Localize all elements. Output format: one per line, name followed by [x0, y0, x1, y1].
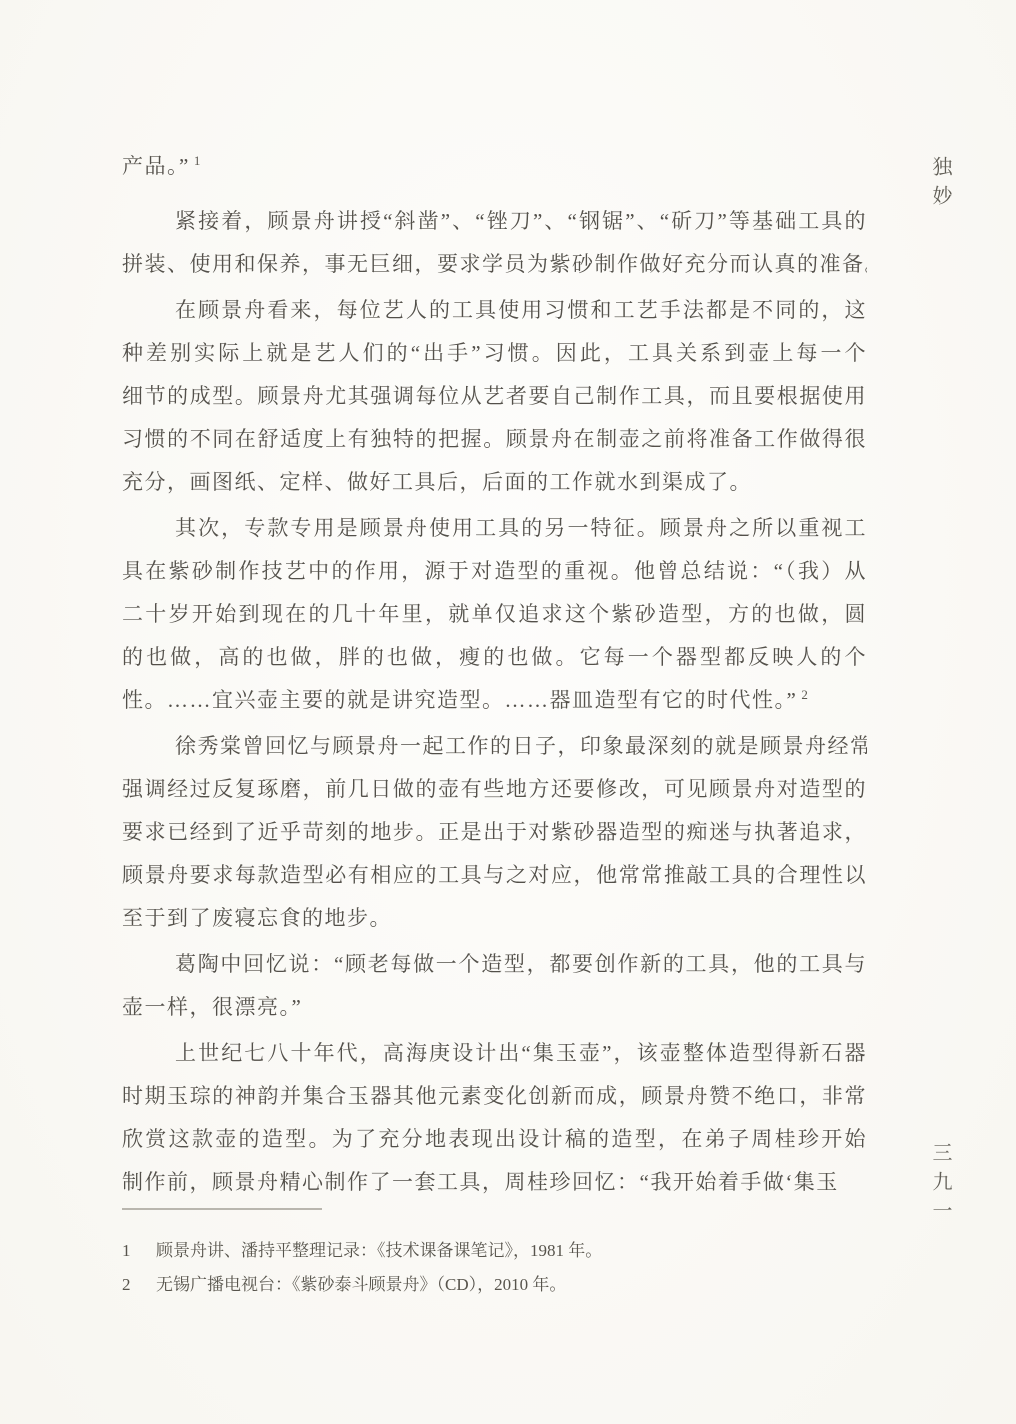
paragraph: 在顾景舟看来，每位艺人的工具使用习惯和工艺手法都是不同的，这种差别实际上就是艺人… — [122, 289, 867, 504]
footnotes: 1顾景舟讲、潘持平整理记录：《技术课备课笔记》，1981 年。2无锡广播电视台：… — [122, 1234, 882, 1302]
text-line: 其次，专款专用是顾景舟使用工具的另一特征。顾景舟之所以重视工 — [122, 507, 867, 550]
page-number: 三九一 — [926, 1142, 955, 1229]
footnote-text: 顾景舟讲、潘持平整理记录：《技术课备课笔记》，1981 年。 — [156, 1234, 602, 1268]
text-line: 徐秀棠曾回忆与顾景舟一起工作的日子，印象最深刻的就是顾景舟经常 — [122, 725, 867, 768]
text-line: 细节的成型。顾景舟尤其强调每位从艺者要自己制作工具，而且要根据使用 — [122, 375, 867, 418]
text-line: 顾景舟要求每款造型必有相应的工具与之对应，他常常推敲工具的合理性以 — [122, 854, 867, 897]
footnote-number: 2 — [122, 1268, 156, 1302]
text-line: 上世纪七八十年代，高海庚设计出“集玉壶”，该壶整体造型得新石器 — [122, 1032, 867, 1075]
text-line: 至于到了废寝忘食的地步。 — [122, 897, 867, 940]
text-line: 强调经过反复琢磨，前几日做的壶有些地方还要修改，可见顾景舟对造型的 — [122, 768, 867, 811]
text-line: 的也做，高的也做，胖的也做，瘦的也做。它每一个器型都反映人的个 — [122, 636, 867, 679]
text-line: 要求已经到了近乎苛刻的地步。正是出于对紫砂器造型的痴迷与执著追求， — [122, 811, 867, 854]
paragraph: 徐秀棠曾回忆与顾景舟一起工作的日子，印象最深刻的就是顾景舟经常强调经过反复琢磨，… — [122, 725, 867, 940]
book-page: 产品。”1紧接着，顾景舟讲授“斜凿”、“锉刀”、“钢锯”、“斫刀”等基础工具的拼… — [0, 0, 1016, 1424]
text-line: 拼装、使用和保养，事无巨细，要求学员为紫砂制作做好充分而认真的准备。 — [122, 243, 867, 286]
body-text: 产品。”1紧接着，顾景舟讲授“斜凿”、“锉刀”、“钢锯”、“斫刀”等基础工具的拼… — [122, 145, 867, 1207]
text-line: 习惯的不同在舒适度上有独特的把握。顾景舟在制壶之前将准备工作做得很 — [122, 418, 867, 461]
text-line: 种差别实际上就是艺人们的“出手”习惯。因此，工具关系到壶上每一个 — [122, 332, 867, 375]
footnote-text: 无锡广播电视台：《紫砂泰斗顾景舟》（CD），2010 年。 — [156, 1268, 566, 1302]
text-line: 充分，画图纸、定样、做好工具后，后面的工作就水到渠成了。 — [122, 461, 867, 504]
text-line: 紧接着，顾景舟讲授“斜凿”、“锉刀”、“钢锯”、“斫刀”等基础工具的 — [122, 200, 867, 243]
paragraph: 产品。”1 — [122, 145, 867, 188]
text-line: 葛陶中回忆说：“顾老每做一个造型，都要创作新的工具，他的工具与 — [122, 943, 867, 986]
right-margin: 独妙 三九一 — [920, 0, 960, 1424]
text-line: 制作前，顾景舟精心制作了一套工具，周桂珍回忆：“我开始着手做‘集玉 — [122, 1161, 867, 1204]
text-line: 在顾景舟看来，每位艺人的工具使用习惯和工艺手法都是不同的，这 — [122, 289, 867, 332]
footnote-number: 1 — [122, 1234, 156, 1268]
paragraph: 葛陶中回忆说：“顾老每做一个造型，都要创作新的工具，他的工具与壶一样，很漂亮。” — [122, 943, 867, 1029]
text-line: 二十岁开始到现在的几十年里，就单仅追求这个紫砂造型，方的也做，圆 — [122, 593, 867, 636]
text-line: 具在紫砂制作技艺中的作用，源于对造型的重视。他曾总结说：“（我）从 — [122, 550, 867, 593]
footnote-item: 2无锡广播电视台：《紫砂泰斗顾景舟》（CD），2010 年。 — [122, 1268, 882, 1302]
paragraph: 紧接着，顾景舟讲授“斜凿”、“锉刀”、“钢锯”、“斫刀”等基础工具的拼装、使用和… — [122, 200, 867, 286]
footnote-item: 1顾景舟讲、潘持平整理记录：《技术课备课笔记》，1981 年。 — [122, 1234, 882, 1268]
paragraph: 上世纪七八十年代，高海庚设计出“集玉壶”，该壶整体造型得新石器时期玉琮的神韵并集… — [122, 1032, 867, 1204]
paragraph: 其次，专款专用是顾景舟使用工具的另一特征。顾景舟之所以重视工具在紫砂制作技艺中的… — [122, 507, 867, 722]
text-line: 产品。”1 — [122, 145, 867, 188]
footnote-ref: 1 — [194, 153, 201, 168]
text-line: 性。……宜兴壶主要的就是讲究造型。……器皿造型有它的时代性。”2 — [122, 679, 867, 722]
text-line: 欣赏这款壶的造型。为了充分地表现出设计稿的造型，在弟子周桂珍开始 — [122, 1118, 867, 1161]
footnote-separator — [122, 1208, 322, 1210]
footnote-ref: 2 — [801, 687, 808, 702]
text-line: 壶一样，很漂亮。” — [122, 986, 867, 1029]
margin-header-label: 独妙 — [926, 156, 955, 214]
text-line: 时期玉琮的神韵并集合玉器其他元素变化创新而成，顾景舟赞不绝口，非常 — [122, 1075, 867, 1118]
